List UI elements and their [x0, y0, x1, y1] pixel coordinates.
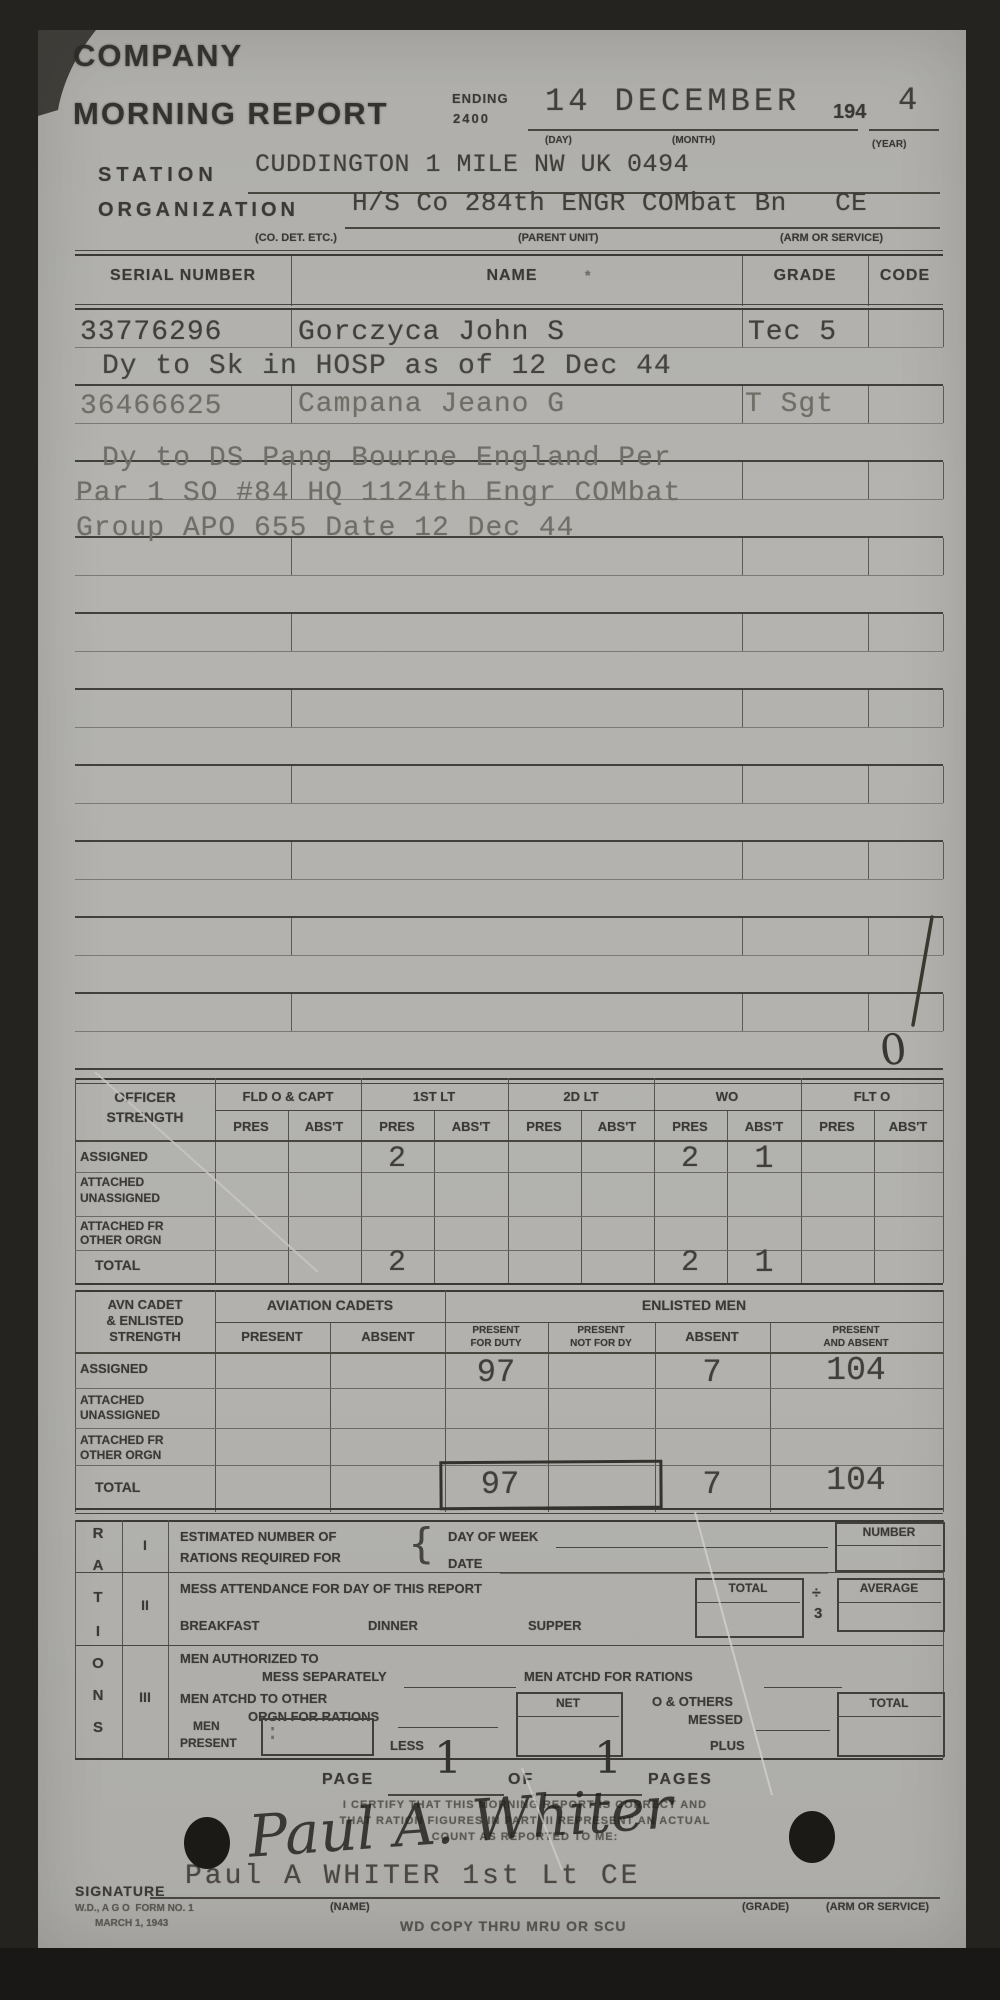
enlisted-row-att-b: UNASSIGNED: [80, 1409, 160, 1422]
rations-v-letters: [122, 1520, 123, 1758]
officer-sub-pres-3: PRES: [526, 1120, 561, 1134]
enlisted-v-label: [215, 1290, 216, 1512]
officer-sub-abst-3: ABS'T: [598, 1120, 636, 1134]
year-sublabel: (YEAR): [872, 140, 906, 151]
officer-top-rule-b: [75, 1083, 943, 1084]
handwritten-page-num: 1: [434, 1736, 462, 1782]
officer-v-left: [75, 1078, 76, 1283]
org-sublabel-co: (CO. DET. ETC.): [255, 233, 337, 245]
rations3-total-label: TOTAL: [870, 1697, 909, 1710]
rations2-dinner: DINNER: [368, 1619, 418, 1633]
organization-label: ORGANIZATION: [98, 200, 299, 221]
month-sublabel: (MONTH): [672, 136, 715, 147]
signature-underline: [150, 1897, 940, 1899]
org-sublabel-parent: (PARENT UNIT): [518, 233, 598, 245]
rations-numeral-iii: III: [139, 1690, 151, 1705]
rations-letter-a: A: [93, 1558, 104, 1574]
officer-group-2dlt: 2D LT: [563, 1090, 598, 1104]
enlisted-total-pfd: 97: [481, 1468, 519, 1502]
ending-time: 2400: [453, 112, 490, 126]
enlisted-row-att-a: ATTACHED: [80, 1394, 144, 1407]
roster-header-grade: GRADE: [774, 268, 837, 285]
enlisted-sub-present: PRESENT: [241, 1330, 302, 1344]
footer-form-date: MARCH 1, 1943: [95, 1919, 168, 1930]
rations-divider-2: [75, 1645, 943, 1646]
rations3-atchd: MEN ATCHD FOR RATIONS: [524, 1670, 693, 1684]
officer-top-rule-a: [75, 1078, 943, 1080]
roster-top-rule-a: [75, 250, 943, 251]
signature-arm-sublabel: (ARM OR SERVICE): [826, 1902, 929, 1914]
roster-header-divider-2: [742, 256, 743, 306]
handwritten-total-pages: 1: [594, 1736, 622, 1782]
enlisted-group-rule: [215, 1322, 943, 1323]
rations3-other-line: [398, 1727, 498, 1728]
officer-title-1: OFFICER: [114, 1090, 175, 1105]
officer-v-h3: [581, 1110, 582, 1283]
roster-column-serial-divider: [291, 310, 292, 1070]
enlisted-total-pa: 104: [826, 1464, 885, 1499]
signature-typed: Paul A WHITER 1st Lt CE: [185, 1862, 640, 1891]
rations-bottom-rule: [75, 1758, 943, 1760]
date-underline: [528, 129, 858, 131]
entry-remark-4: Group APO 655 Date 12 Dec 44: [76, 514, 574, 543]
roster-header-divider-1: [291, 256, 292, 306]
rations3-oothers2: MESSED: [688, 1713, 743, 1727]
org-sublabel-arm: (ARM OR SERVICE): [780, 233, 883, 245]
rations2-total-line: [695, 1602, 800, 1603]
rations3-present: PRESENT: [180, 1737, 237, 1750]
officer-v-g1: [361, 1078, 362, 1283]
entry-remark-1: Dy to Sk in HOSP as of 12 Dec 44: [102, 352, 672, 381]
rations1-date: DATE: [448, 1557, 482, 1571]
officer-sub-pres-4: PRES: [672, 1120, 707, 1134]
officer-group-flto: FLT O: [854, 1090, 891, 1104]
enlisted-v-s1: [330, 1322, 331, 1512]
organization-underline: [345, 227, 940, 229]
enlisted-sub-pa-a: PRESENT: [832, 1326, 879, 1337]
officer-sub-pres-5: PRES: [819, 1120, 854, 1134]
form-title-line2: MORNING REPORT: [73, 98, 389, 131]
enlisted-group-enlmen: ENLISTED MEN: [642, 1298, 746, 1313]
ending-label: ENDING: [452, 92, 509, 106]
officer-bottom-rule: [75, 1283, 943, 1285]
rations-top-rule: [75, 1520, 943, 1522]
rations2-line1: MESS ATTENDANCE FOR DAY OF THIS REPORT: [180, 1582, 482, 1596]
enlisted-top-rule: [75, 1290, 943, 1292]
rations2-average-label: AVERAGE: [860, 1582, 918, 1595]
officer-row-rule-1: [75, 1172, 943, 1173]
entry-serial-2: 36466625: [80, 392, 222, 421]
officer-row-att-b: UNASSIGNED: [80, 1192, 160, 1205]
entry-remark-3: Par 1 SO #84 HQ 1124th Engr COMbat: [76, 479, 681, 508]
officer-title-2: STRENGTH: [107, 1110, 184, 1125]
officer-row-attfr-b: OTHER ORGN: [80, 1234, 161, 1247]
officer-assigned-wo-abst: 1: [754, 1142, 773, 1176]
rations3-plus: PLUS: [710, 1739, 745, 1753]
enlisted-bottom-rule-b: [75, 1513, 943, 1514]
rations3-net-label: NET: [556, 1697, 580, 1710]
roster-header-name-mark: *: [585, 268, 590, 283]
entry-remark-2: Dy to DS Pang Bourne England Per: [102, 444, 672, 473]
rations2-divide-sign: ÷: [812, 1586, 821, 1603]
signature-name-sublabel: (NAME): [330, 1902, 370, 1914]
page-label: PAGE: [322, 1772, 374, 1789]
footer-form-number: W.D., A G O FORM NO. 1: [75, 1904, 194, 1915]
officer-assigned-wo-pres: 2: [681, 1144, 699, 1176]
officer-v-g3: [654, 1078, 655, 1283]
rations1-number-line: [835, 1545, 941, 1546]
officer-v-g4: [801, 1078, 802, 1283]
rations1-number-label: NUMBER: [863, 1526, 916, 1539]
enlisted-sub-pa-b: AND ABSENT: [823, 1339, 888, 1350]
roster-header-name: NAME: [486, 268, 537, 285]
rations3-colon-mark: :: [266, 1722, 279, 1745]
officer-assigned-1stlt-pres: 2: [388, 1144, 406, 1176]
roster-header-bottom-a: [75, 304, 943, 305]
rations-letter-n: N: [93, 1688, 104, 1704]
enlisted-row-assigned: ASSIGNED: [80, 1362, 148, 1376]
enlisted-sub-pnfd-a: PRESENT: [577, 1326, 624, 1337]
enlisted-sub-pfd-a: PRESENT: [472, 1326, 519, 1337]
rations2-divisor: 3: [814, 1606, 822, 1622]
organization-value: H/S Co 284th ENGR COMbat Bn CE: [352, 190, 867, 217]
officer-group-rule: [215, 1110, 943, 1111]
enlisted-v-group: [445, 1290, 446, 1512]
rations3-auth2: MESS SEPARATELY: [262, 1670, 387, 1684]
officer-v-label: [215, 1078, 216, 1283]
officer-v-h4: [727, 1110, 728, 1283]
officer-sub-rule: [75, 1140, 943, 1142]
rations1-brace: {: [408, 1522, 435, 1566]
rations3-oothers1: O & OTHERS: [652, 1695, 733, 1709]
enlisted-v-left: [75, 1290, 76, 1512]
officer-sub-abst-1: ABS'T: [305, 1120, 343, 1134]
enlisted-title-3: STRENGTH: [109, 1330, 181, 1344]
roster-right-edge: [943, 310, 944, 1070]
form-title-line1: COMPANY: [73, 40, 243, 73]
rations-letter-o: O: [92, 1656, 104, 1672]
year-printed: 194: [833, 102, 866, 123]
rations1-date-line: [500, 1573, 828, 1574]
year-typed: 4: [898, 84, 917, 118]
roster-top-rule-b: [75, 254, 943, 256]
rations3-messed-line: [756, 1730, 830, 1731]
rations1-dayofweek-line: [556, 1547, 828, 1548]
entry-serial-1: 33776296: [80, 318, 222, 347]
officer-group-wo: WO: [716, 1090, 738, 1104]
roster-column-grade-divider: [742, 310, 743, 1070]
rations-letter-t: T: [93, 1590, 102, 1606]
rations-numeral-i: I: [143, 1538, 147, 1553]
officer-sub-pres-1: PRES: [233, 1120, 268, 1134]
officer-v-h2: [434, 1110, 435, 1283]
station-label: STATION: [98, 165, 218, 186]
enlisted-bottom-rule-a: [75, 1508, 943, 1510]
enlisted-assigned-absent: 7: [702, 1356, 721, 1390]
enlisted-assigned-pa: 104: [826, 1354, 885, 1389]
rations3-auth1: MEN AUTHORIZED TO: [180, 1652, 319, 1666]
officer-row-rule-3: [75, 1250, 943, 1251]
signature-grade-sublabel: (GRADE): [742, 1902, 789, 1914]
rations-letter-i: I: [96, 1624, 100, 1640]
enlisted-sub-pfd-b: FOR DUTY: [470, 1339, 521, 1350]
officer-total-wo-pres: 2: [681, 1248, 699, 1280]
officer-row-total: TOTAL: [95, 1258, 140, 1273]
enlisted-v-right: [943, 1290, 944, 1512]
officer-group-fldo: FLD O & CAPT: [243, 1090, 334, 1104]
officer-row-attfr-a: ATTACHED FR: [80, 1220, 164, 1233]
rations3-net-line: [516, 1716, 619, 1717]
year-underline: [869, 129, 939, 131]
enlisted-sub-pnfd-b: NOT FOR DY: [570, 1339, 632, 1350]
rations-v-left: [75, 1520, 76, 1758]
rations-letter-s: S: [93, 1720, 103, 1736]
officer-v-h1: [288, 1110, 289, 1283]
entry-grade-1: Tec 5: [748, 318, 837, 347]
rations2-average-line: [837, 1602, 941, 1603]
enlisted-title-2: & ENLISTED: [106, 1314, 183, 1328]
entry-name-1: Gorczyca John S: [298, 318, 565, 347]
officer-group-1stlt: 1ST LT: [413, 1090, 455, 1104]
rations3-men: MEN: [193, 1720, 220, 1733]
scanned-morning-report: COMPANY MORNING REPORT ENDING 2400 14 DE…: [0, 0, 1000, 2000]
report-date-value: 14 DECEMBER: [545, 85, 800, 119]
bottom-scan-band: [0, 1948, 1000, 2000]
officer-total-1stlt-pres: 2: [388, 1248, 406, 1280]
station-value: CUDDINGTON 1 MILE NW UK 0494: [255, 152, 689, 178]
enlisted-row-attfr-b: OTHER ORGN: [80, 1449, 161, 1462]
enlisted-v-s2: [548, 1322, 549, 1512]
rations-letter-r: R: [93, 1526, 104, 1542]
day-sublabel: (DAY): [545, 136, 572, 147]
enlisted-group-avcadets: AVIATION CADETS: [267, 1298, 393, 1313]
rations2-total-label: TOTAL: [729, 1582, 768, 1595]
officer-v-h5: [874, 1110, 875, 1283]
enlisted-sub-absent: ABSENT: [361, 1330, 414, 1344]
rations1-line2: RATIONS REQUIRED FOR: [180, 1551, 341, 1565]
enlisted-row-rule-2: [75, 1428, 943, 1429]
officer-total-wo-abst: 1: [754, 1246, 773, 1280]
roster-header-serial: SERIAL NUMBER: [110, 268, 256, 285]
roster-header-divider-3: [868, 256, 869, 306]
officer-sub-abst-5: ABS'T: [889, 1120, 927, 1134]
officer-v-right: [943, 1078, 944, 1283]
rations3-total-line: [837, 1716, 941, 1717]
rations-numeral-ii: II: [141, 1598, 149, 1613]
officer-v-g2: [508, 1078, 509, 1283]
officer-sub-pres-2: PRES: [379, 1120, 414, 1134]
officer-row-rule-2: [75, 1216, 943, 1217]
rations3-auth-line: [404, 1687, 516, 1688]
enlisted-sub-absent2: ABSENT: [685, 1330, 738, 1344]
officer-sub-abst-2: ABS'T: [452, 1120, 490, 1134]
enlisted-assigned-pfd: 97: [477, 1356, 515, 1390]
rations1-dayofweek: DAY OF WEEK: [448, 1530, 538, 1544]
rations-v-numerals: [168, 1520, 169, 1758]
enlisted-v-s4: [770, 1322, 771, 1512]
entry-grade-2: T Sgt: [745, 390, 834, 419]
footer-copy-note: WD COPY THRU MRU OR SCU: [400, 1919, 627, 1934]
rations1-line1: ESTIMATED NUMBER OF: [180, 1530, 336, 1544]
roster-header-code: CODE: [880, 268, 930, 285]
rations2-supper: SUPPER: [528, 1619, 581, 1633]
roster-column-code-divider: [868, 310, 869, 1070]
rations3-atchd-line: [764, 1687, 842, 1688]
enlisted-v-s3: [655, 1322, 656, 1512]
officer-sub-abst-4: ABS'T: [745, 1120, 783, 1134]
rations2-breakfast: BREAKFAST: [180, 1619, 259, 1633]
rations3-less: LESS: [390, 1739, 424, 1753]
enlisted-total-absent: 7: [702, 1468, 721, 1502]
rations3-other1: MEN ATCHD TO OTHER: [180, 1692, 327, 1706]
roster-grid-lines: [75, 310, 943, 1071]
handwritten-zero: 0: [878, 1027, 909, 1074]
officer-row-assigned: ASSIGNED: [80, 1150, 148, 1164]
enlisted-title-1: AVN CADET: [108, 1298, 183, 1312]
entry-name-2: Campana Jeano G: [298, 390, 565, 419]
enlisted-row-total: TOTAL: [95, 1480, 140, 1495]
enlisted-row-attfr-a: ATTACHED FR: [80, 1434, 164, 1447]
officer-row-att-a: ATTACHED: [80, 1176, 144, 1189]
